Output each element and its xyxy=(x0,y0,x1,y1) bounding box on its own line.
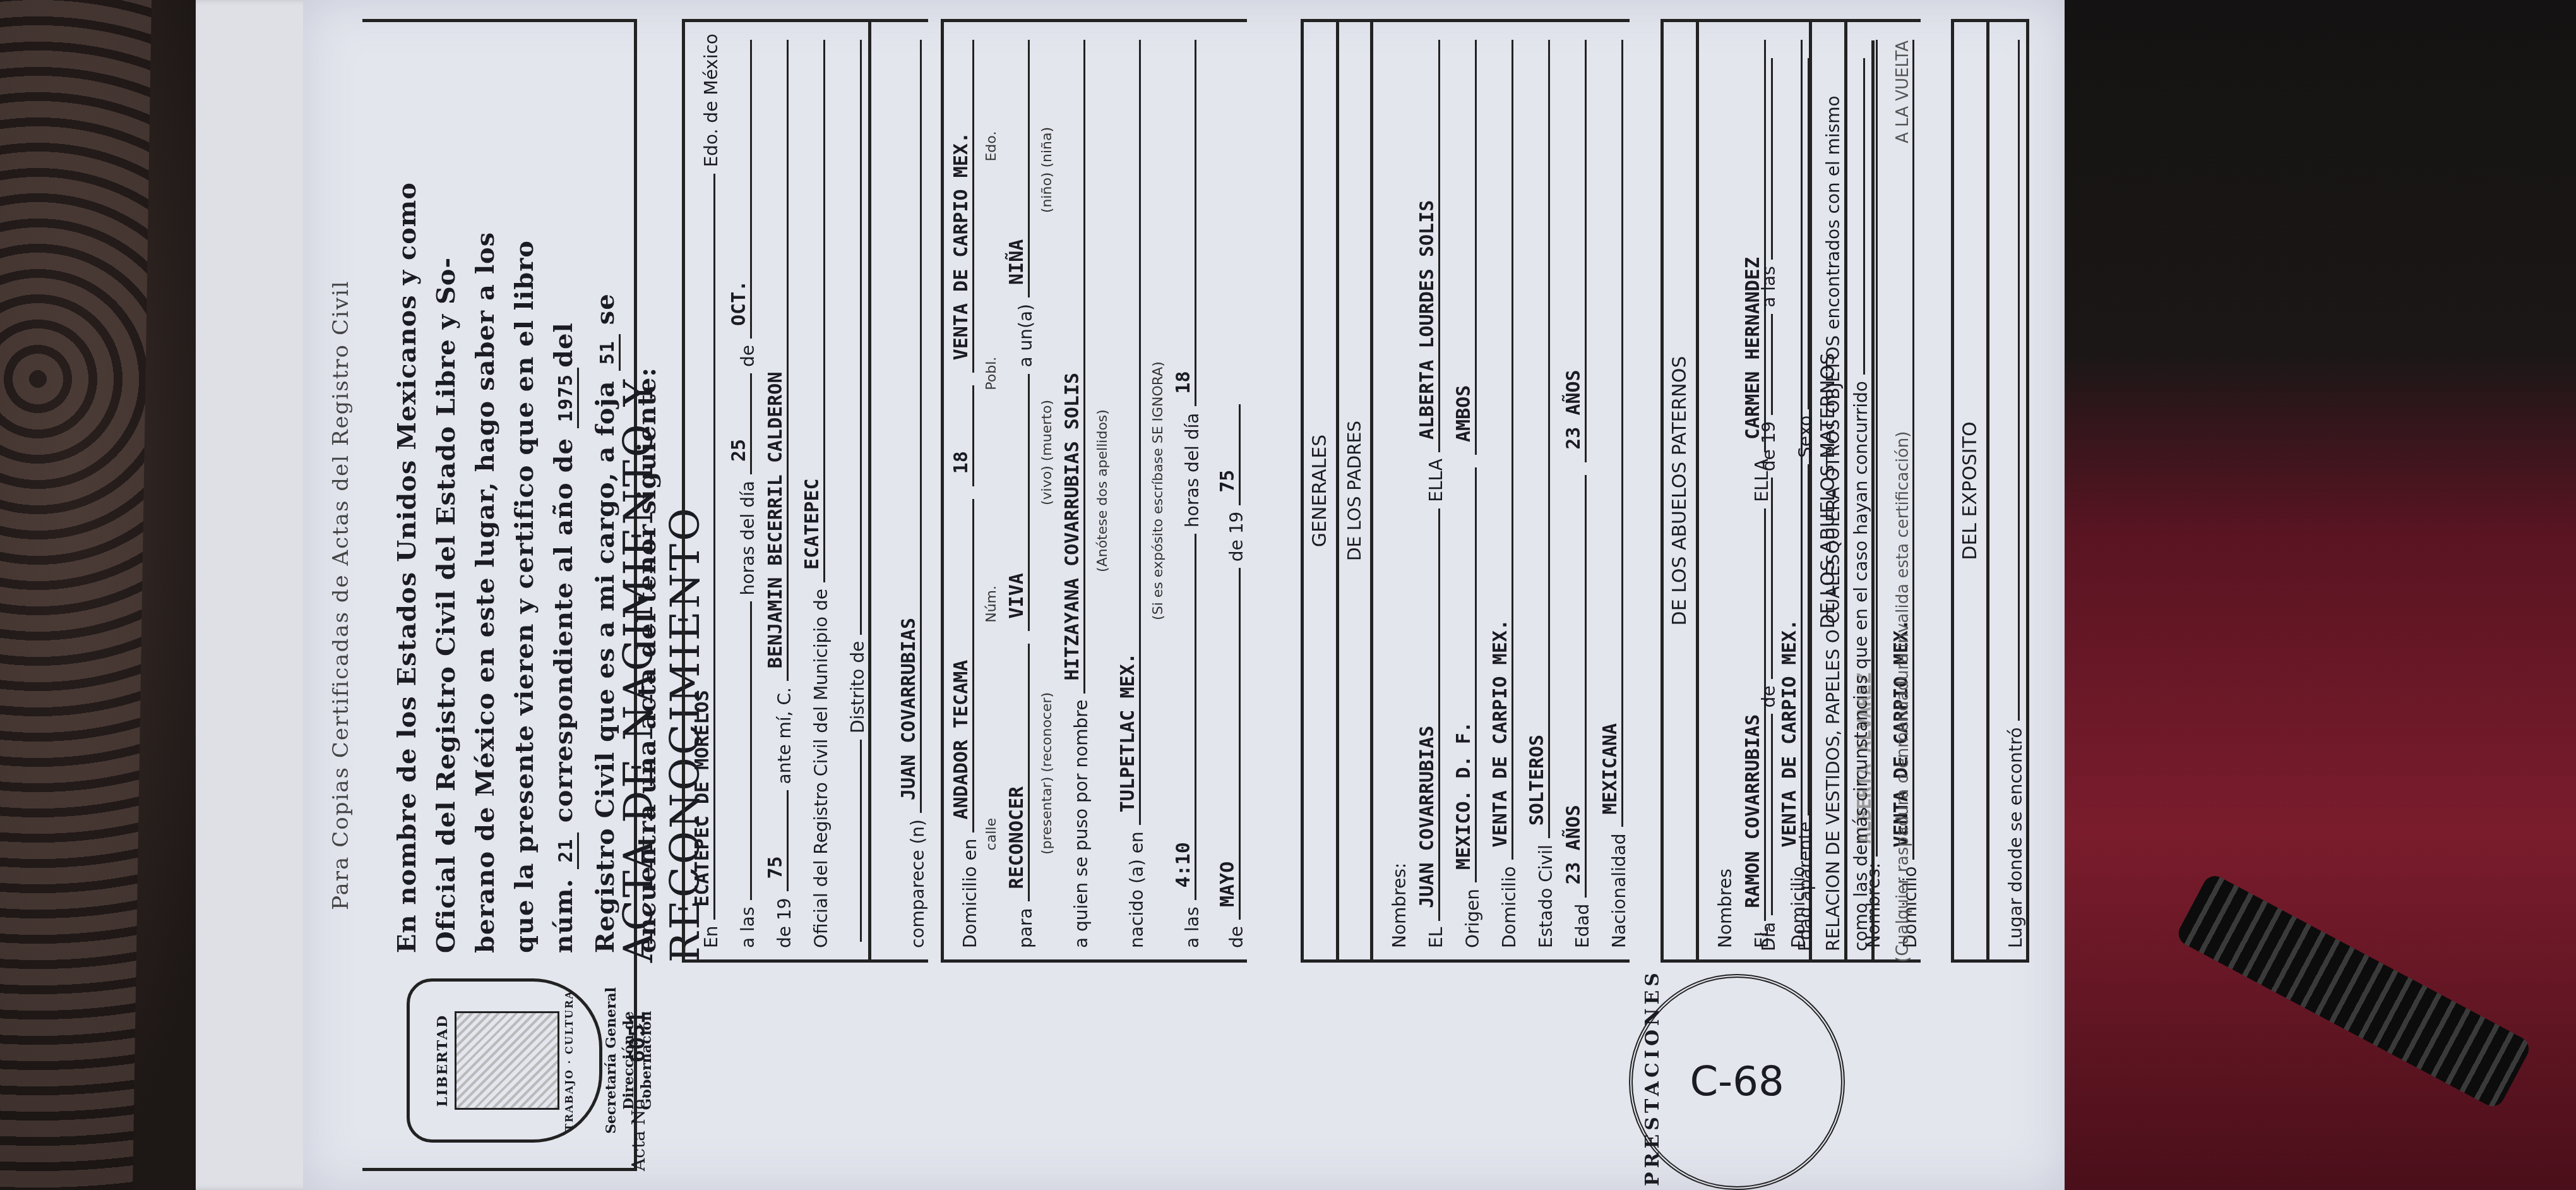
label: de xyxy=(1226,926,1247,948)
child-section: Domicilio enANDADOR TECAMA18VENTA DE CAR… xyxy=(941,19,1247,963)
state-seal-icon: LIBERTAD TRABAJO · CULTURA xyxy=(407,978,602,1143)
seal-motto-side: TRABAJO · CULTURA xyxy=(563,990,575,1131)
libro-number: 21 xyxy=(555,832,579,869)
label: Domicilio en xyxy=(960,839,981,948)
label: Domicilio xyxy=(1499,866,1520,948)
label: Nacionalidad xyxy=(1609,833,1630,948)
section-heading: GENERALES xyxy=(1304,22,1336,959)
anio-registro-field: 75 xyxy=(765,790,789,891)
hint: (presentar) (reconocer) xyxy=(1039,692,1055,855)
municipio-oficial-field: ECATEPEC xyxy=(801,40,825,582)
padres-nacionalidad-field: MEXICANA xyxy=(1599,40,1623,827)
mes-registro-field: OCT. xyxy=(728,40,752,339)
municipio-field: ECATEPEC DE MORELOS xyxy=(691,174,715,920)
label: a un(a) xyxy=(1015,304,1036,368)
section-heading: DE LOS PADRES xyxy=(1336,22,1370,959)
label: a quien se puso por nombre xyxy=(1071,700,1092,948)
hint: Pobl. xyxy=(984,357,999,390)
label: EL xyxy=(1426,927,1446,948)
label: comparece (n) xyxy=(907,819,928,948)
dept-line-1: Secretaría General xyxy=(602,966,620,1155)
label: Origen xyxy=(1462,889,1483,948)
hint: (vivo) (muerto) xyxy=(1039,400,1055,505)
hint: (Si es expósito escríbase SE IGNORA) xyxy=(1150,361,1166,620)
label: de xyxy=(737,345,758,367)
label: a las xyxy=(1758,266,1779,308)
anio-nacimiento-field: 75 xyxy=(1217,404,1241,505)
label: Estado Civil xyxy=(1535,844,1556,948)
label: Edo. de México xyxy=(701,33,722,167)
acta-number-value: 6051 xyxy=(625,1011,650,1063)
label: Día xyxy=(1758,922,1779,952)
estado-field: VIVA xyxy=(1006,374,1030,632)
footer-note: (Cualquier raspadura o enmendadura inval… xyxy=(1893,431,1912,963)
padre-nombre-field: JUAN COVARRUBIAS xyxy=(1416,508,1440,921)
madre-edad-field: 23 AÑOS xyxy=(1563,40,1587,462)
label: de 19 xyxy=(774,898,795,948)
preamble-line: núm. 21 correspondiente al año de 1975de… xyxy=(544,41,586,953)
exposito-lower: Díadede 19a las Edad aparenteSexo RELACI… xyxy=(1743,3,2058,1190)
label: En xyxy=(701,926,722,948)
label: de 19 xyxy=(1226,512,1247,562)
sexo-field: NIÑA xyxy=(1006,40,1030,297)
label: Edad xyxy=(1572,904,1593,948)
dia-nacimiento-field: 18 xyxy=(1172,40,1196,406)
label: nacido (a) en xyxy=(1126,831,1147,948)
label: Nombres xyxy=(1715,868,1736,948)
label: horas del día xyxy=(737,481,758,595)
stamp-text: PRESTACIONES xyxy=(1642,978,1664,1186)
footer-vuelta: A LA VUELTA xyxy=(1893,40,1912,143)
proposito-field: RECONOCER xyxy=(1006,644,1030,901)
label: RELACION DE VESTIDOS, PAPELES O CUALESQU… xyxy=(1823,95,1844,951)
label: Oficial del Registro Civil del Municipio… xyxy=(811,589,832,948)
hora-registro-field xyxy=(750,601,752,900)
preamble-line: berano de México en este lugar, hago sab… xyxy=(466,41,505,953)
compareciente-field: JUAN COVARRUBIAS xyxy=(898,40,922,813)
registro-section: EnECATEPEC DE MORELOSEdo. de México a la… xyxy=(682,19,928,963)
label: Nombres: xyxy=(1389,863,1410,948)
preamble-line: que la presente vieren y certifico que e… xyxy=(505,41,544,953)
padres-domicilio-field: VENTA DE CARPIO MEX. xyxy=(1489,40,1513,860)
distrito-field xyxy=(860,740,862,942)
acta-number-label: Acta No. xyxy=(628,1093,649,1171)
hint: (niño) (niña) xyxy=(1039,127,1055,213)
text: del xyxy=(549,322,578,368)
numero-field: 18 xyxy=(950,385,974,486)
label: Edad aparente xyxy=(1795,822,1816,951)
madre-origen-field: AMBOS xyxy=(1453,40,1477,455)
label: como las demás circunstancias que en el … xyxy=(1851,381,1871,951)
coat-of-arms-icon xyxy=(455,1011,559,1110)
seal-motto: LIBERTAD xyxy=(434,1014,451,1107)
parents-section: GENERALES DE LOS PADRES Nombres: ELJUAN … xyxy=(1301,19,1630,963)
acta-number: Acta No. 6051 xyxy=(625,1011,650,1171)
label: Distrito de xyxy=(847,641,868,733)
padre-edad-field: 23 AÑOS xyxy=(1563,475,1587,898)
nombre-registrado-field: HITZAYANA COVARRUBIAS SOLIS xyxy=(1061,40,1085,694)
padres-estado-civil-field: SOLTEROS xyxy=(1526,40,1550,838)
hora-nacimiento-field: 4:10 xyxy=(1172,534,1196,900)
hint: (Anótese dos apellidos) xyxy=(1095,409,1111,572)
padre-origen-field: MEXICO. D. F. xyxy=(1453,467,1477,882)
hint: Edo. xyxy=(984,131,999,162)
libro-year: 1975 xyxy=(555,368,579,428)
oficial-field: BENJAMIN BECERRIL CALDERON xyxy=(765,40,789,681)
madre-nombre-field: ALBERTA LOURDES SOLIS xyxy=(1416,40,1440,452)
hint: Núm. xyxy=(984,586,999,623)
label: de xyxy=(1758,685,1779,707)
poblacion-field: VENTA DE CARPIO MEX. xyxy=(950,40,974,373)
preamble-line: Oficial del Registro Civil del Estado Li… xyxy=(427,41,466,953)
preamble-line: En nombre de los Estados Unidos Mexicano… xyxy=(388,41,427,953)
text: núm. xyxy=(549,879,578,953)
lugar-nacimiento-field: TULPETLAC MEX. xyxy=(1117,40,1141,825)
mes-nacimiento-field: MAYO xyxy=(1217,568,1241,920)
label: Sexo xyxy=(1795,416,1816,458)
label: para xyxy=(1015,908,1036,948)
label: a las xyxy=(1182,906,1203,948)
section-heading: DE LOS ABUELOS PATERNOS xyxy=(1664,22,1696,959)
top-caption: Para Copias Certificadas de Actas del Re… xyxy=(328,19,354,1171)
calle-field: ANDADOR TECAMA xyxy=(950,499,974,832)
hint: calle xyxy=(984,818,999,850)
label: de 19 xyxy=(1758,421,1779,472)
label: a las xyxy=(737,906,758,948)
label: ELLA xyxy=(1426,459,1446,502)
text: correspondiente al año de xyxy=(549,438,578,823)
dia-registro-field: 25 xyxy=(728,373,752,474)
header-box: LIBERTAD TRABAJO · CULTURA Secretaría Ge… xyxy=(362,19,637,1171)
label: ante mí, C. xyxy=(774,687,795,784)
label: horas del día xyxy=(1182,412,1203,527)
